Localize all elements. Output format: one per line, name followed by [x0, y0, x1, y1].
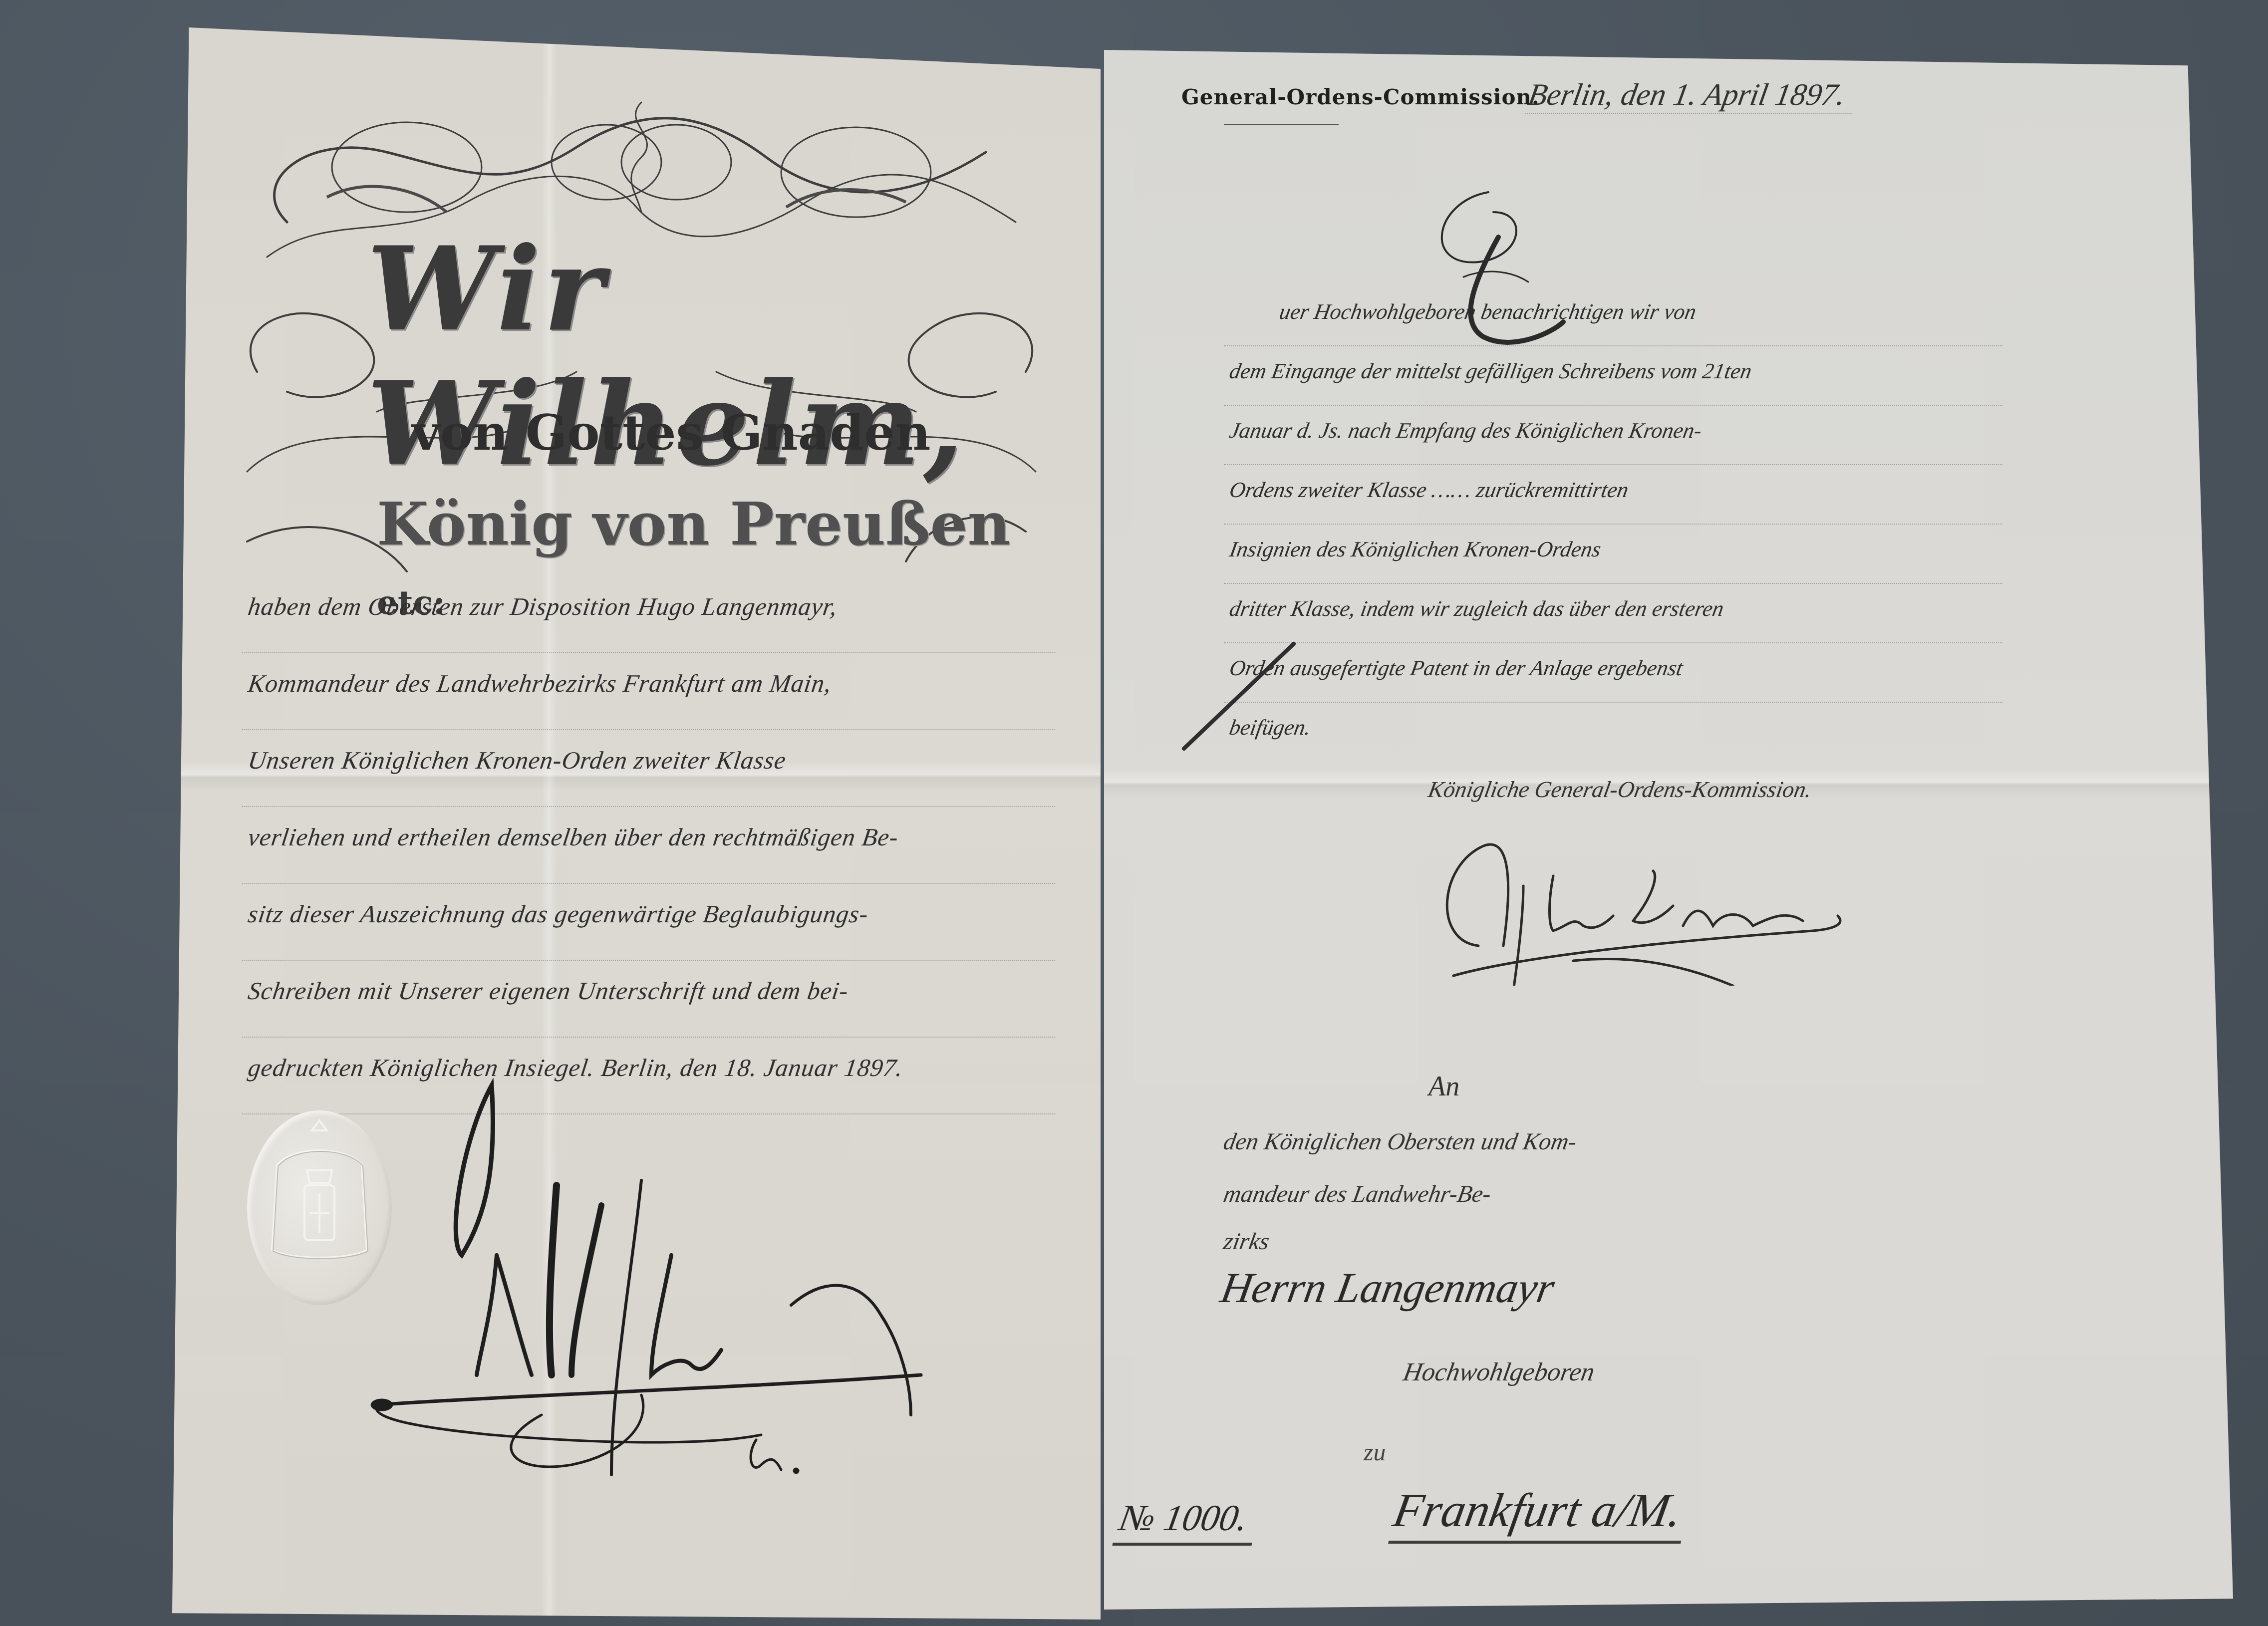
certificate-line: Kommandeur des Landwehrbezirks Frankfurt… — [242, 653, 1066, 730]
margin-pen-stroke — [1179, 639, 1299, 759]
closing-line: Königliche General-Ordens-Kommission. — [1426, 776, 1814, 803]
recipient-honorific: Hochwohlgeboren — [1401, 1357, 1597, 1387]
letterhead-rule — [1224, 124, 1339, 125]
letterhead: General-Ordens-Commission. — [1181, 85, 1540, 109]
address-line: den Königlichen Obersten und Kom- — [1221, 1128, 1579, 1155]
recipient-city: Frankfurt a/M. — [1388, 1482, 1692, 1544]
reference-number: № 1000. — [1112, 1497, 1260, 1546]
date-line: Berlin, den 1. April 1897. — [1525, 77, 1858, 114]
certificate-line: Unseren Königlichen Kronen-Orden zweiter… — [242, 730, 1066, 807]
letter-line: Januar d. Js. nach Empfang des Königlich… — [1224, 406, 2013, 465]
cover-letter-sheet: General-Ordens-Commission. Berlin, den 1… — [1104, 50, 2233, 1610]
certificate-line: sitz dieser Auszeichnung das gegenwärtig… — [242, 884, 1066, 961]
letter-line: Orden ausgefertigte Patent in der Anlage… — [1224, 643, 2013, 703]
award-certificate-sheet: Wir Wilhelm, von Gottes Gnaden König von… — [172, 27, 1101, 1620]
recipient-name: Herrn Langenmayr — [1217, 1263, 1558, 1313]
letter-line: Ordens zweiter Klasse …… zurückremittirt… — [1224, 465, 2013, 525]
address-zu: zu — [1364, 1437, 1386, 1466]
address-line: mandeur des Landwehr-Be- — [1221, 1180, 1493, 1208]
address-line: zirks — [1221, 1228, 1271, 1255]
letter-line: Insignien des Königlichen Kronen-Ordens — [1224, 525, 2013, 584]
certificate-line: verliehen und ertheilen demselben über d… — [242, 807, 1066, 884]
letter-body: uer Hochwohlgeboren benachrichtigen wir … — [1229, 287, 2007, 761]
certificate-line: haben dem Obersten zur Disposition Hugo … — [242, 576, 1066, 653]
address-an: An — [1428, 1071, 1459, 1102]
letter-line: uer Hochwohlgeboren benachrichtigen wir … — [1224, 287, 2013, 346]
letter-line: beifügen. — [1224, 703, 2013, 761]
title-koenig-main: König von Preußen — [377, 489, 1010, 558]
salm-horstmar-signature — [1423, 826, 1923, 986]
letter-line: dritter Klasse, indem wir zugleich das ü… — [1224, 584, 2013, 643]
kaiser-wilhelm-signature — [362, 1066, 961, 1490]
letter-line: dem Eingange der mittelst gefälligen Sch… — [1224, 346, 2013, 406]
certificate-line: Schreiben mit Unserer eigenen Unterschri… — [242, 961, 1066, 1038]
title-von-gottes-gnaden: von Gottes Gnaden — [412, 404, 1011, 462]
certificate-body: haben dem Obersten zur Disposition Hugo … — [247, 576, 1061, 1114]
